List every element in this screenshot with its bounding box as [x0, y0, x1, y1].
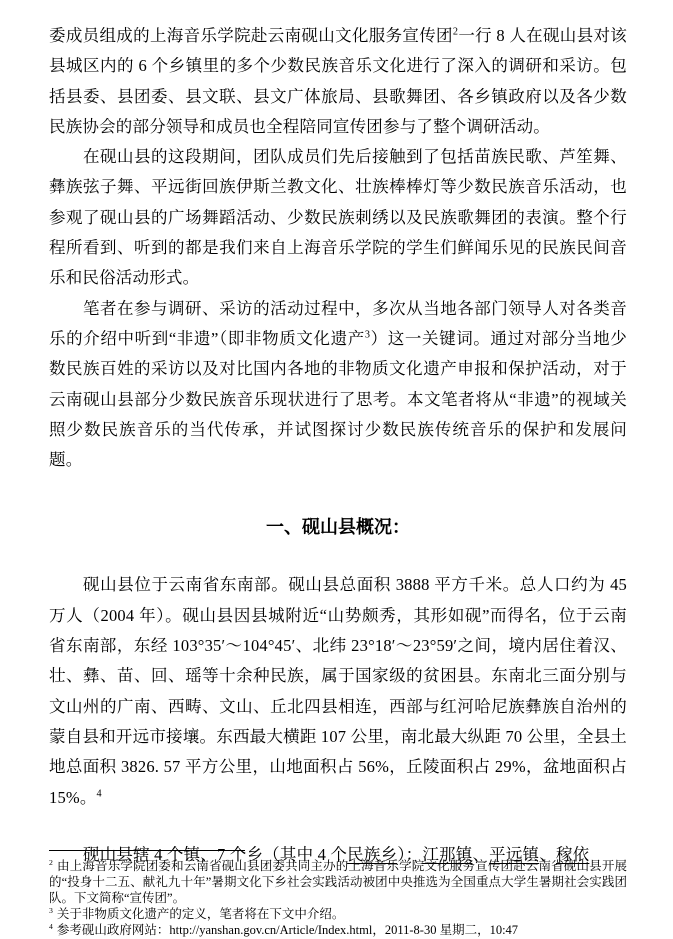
footnote-3: 3关于非物质文化遗产的定义，笔者将在下文中介绍。	[49, 906, 627, 922]
footnote-2-text: 由上海音乐学院团委和云南省砚山县团委共同主办的上海音乐学院文化服务宣传团赴云南省…	[49, 859, 627, 905]
footnote-2-marker: 2	[49, 858, 53, 867]
footnote-4-text: 参考砚山政府网站：http://yanshan.gov.cn/Article/I…	[57, 923, 518, 937]
footnote-2: 2由上海音乐学院团委和云南省砚山县团委共同主办的上海音乐学院文化服务宣传团赴云南…	[49, 858, 627, 906]
paragraph-fieldwork: 在砚山县的这段期间，团队成员们先后接触到了包括苗族民歌、芦笙舞、彝族弦子舞、平远…	[49, 142, 627, 293]
paragraph-county-overview: 砚山县位于云南省东南部。砚山县总面积 3888 平方千米。总人口约为 45 万人…	[49, 570, 627, 812]
section-heading: 一、砚山县概况：	[49, 515, 627, 539]
footnote-4: 4参考砚山政府网站：http://yanshan.gov.cn/Article/…	[49, 922, 627, 938]
footnote-3-marker: 3	[49, 906, 53, 915]
footnote-3-text: 关于非物质文化遗产的定义，笔者将在下文中介绍。	[57, 907, 345, 921]
document-page: 委成员组成的上海音乐学院赴云南砚山文化服务宣传团2一行 8 人在砚山县对该县城区…	[0, 0, 673, 939]
footnote-separator	[49, 850, 245, 851]
footnote-area: 2由上海音乐学院团委和云南省砚山县团委共同主办的上海音乐学院文化服务宣传团赴云南…	[49, 850, 627, 938]
paragraph-intangible-heritage: 笔者在参与调研、采访的活动过程中，多次从当地各部门领导人对各类音乐的介绍中听到“…	[49, 294, 627, 476]
paragraph-continued: 委成员组成的上海音乐学院赴云南砚山文化服务宣传团2一行 8 人在砚山县对该县城区…	[49, 21, 627, 142]
footnote-4-marker: 4	[49, 922, 53, 931]
